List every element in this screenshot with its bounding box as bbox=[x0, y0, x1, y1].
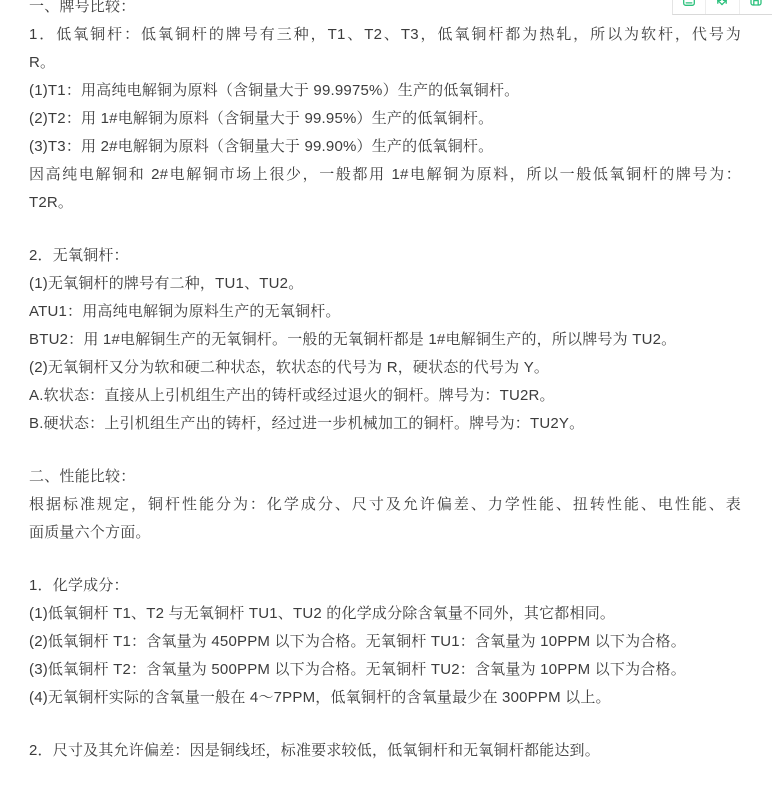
fullscreen-button[interactable] bbox=[705, 0, 738, 14]
save-button[interactable] bbox=[739, 0, 772, 14]
print-button[interactable] bbox=[673, 0, 705, 14]
doc-line: R。 bbox=[29, 49, 741, 77]
document-body: 一、牌号比较： 1．低氧铜杆：低氧铜杆的牌号有三种，T1、T2、T3，低氧铜杆都… bbox=[29, 0, 741, 765]
document-page: 一、牌号比较： 1．低氧铜杆：低氧铜杆的牌号有三种，T1、T2、T3，低氧铜杆都… bbox=[0, 0, 772, 796]
fullscreen-icon bbox=[715, 0, 729, 7]
doc-line: (3)T3：用 2#电解铜为原料（含铜量大于 99.90%）生产的低氧铜杆。 bbox=[29, 133, 741, 161]
doc-line: T2R。 bbox=[29, 189, 741, 217]
doc-line: B.硬状态：上引机组生产出的铸杆，经过进一步机械加工的铜杆。牌号为：TU2Y。 bbox=[29, 410, 741, 438]
doc-line: 二、性能比较： bbox=[29, 463, 741, 491]
doc-line: (3)低氧铜杆 T2：含氧量为 500PPM 以下为合格。无氧铜杆 TU2：含氧… bbox=[29, 656, 741, 684]
doc-line: A.软状态：直接从上引机组生产出的铸杆或经过退火的铜杆。牌号为：TU2R。 bbox=[29, 382, 741, 410]
doc-line: (2)无氧铜杆又分为软和硬二种状态，软状态的代号为 R，硬状态的代号为 Y。 bbox=[29, 354, 741, 382]
doc-blank-line bbox=[29, 217, 741, 242]
viewer-toolbar bbox=[672, 0, 772, 15]
doc-line: BTU2：用 1#电解铜生产的无氧铜杆。一般的无氧铜杆都是 1#电解铜生产的，所… bbox=[29, 326, 741, 354]
doc-line: (1)无氧铜杆的牌号有二种，TU1、TU2。 bbox=[29, 270, 741, 298]
save-icon bbox=[749, 0, 763, 7]
doc-line: (2)低氧铜杆 T1：含氧量为 450PPM 以下为合格。无氧铜杆 TU1：含氧… bbox=[29, 628, 741, 656]
doc-line: 2．无氧铜杆： bbox=[29, 242, 741, 270]
doc-line: 根据标准规定，铜杆性能分为：化学成分、尺寸及允许偏差、力学性能、扭转性能、电性能… bbox=[29, 491, 741, 519]
doc-line: (1)低氧铜杆 T1、T2 与无氧铜杆 TU1、TU2 的化学成分除含氧量不同外… bbox=[29, 600, 741, 628]
doc-blank-line bbox=[29, 438, 741, 463]
doc-blank-line bbox=[29, 712, 741, 737]
doc-blank-line bbox=[29, 547, 741, 572]
doc-line: (2)T2：用 1#电解铜为原料（含铜量大于 99.95%）生产的低氧铜杆。 bbox=[29, 105, 741, 133]
doc-line: ATU1：用高纯电解铜为原料生产的无氧铜杆。 bbox=[29, 298, 741, 326]
doc-line: 一、牌号比较： bbox=[29, 0, 741, 21]
doc-line: 1．低氧铜杆：低氧铜杆的牌号有三种，T1、T2、T3，低氧铜杆都为热轧，所以为软… bbox=[29, 21, 741, 49]
doc-line: (4)无氧铜杆实际的含氧量一般在 4～7PPM，低氧铜杆的含氧量最少在 300P… bbox=[29, 684, 741, 712]
doc-line: 2．尺寸及其允许偏差：因是铜线坯，标准要求较低，低氧铜杆和无氧铜杆都能达到。 bbox=[29, 737, 741, 765]
doc-line: 1．化学成分： bbox=[29, 572, 741, 600]
doc-line: 面质量六个方面。 bbox=[29, 519, 741, 547]
print-icon bbox=[682, 0, 696, 7]
doc-line: (1)T1：用高纯电解铜为原料（含铜量大于 99.9975%）生产的低氧铜杆。 bbox=[29, 77, 741, 105]
doc-line: 因高纯电解铜和 2#电解铜市场上很少，一般都用 1#电解铜为原料，所以一般低氧铜… bbox=[29, 161, 741, 189]
